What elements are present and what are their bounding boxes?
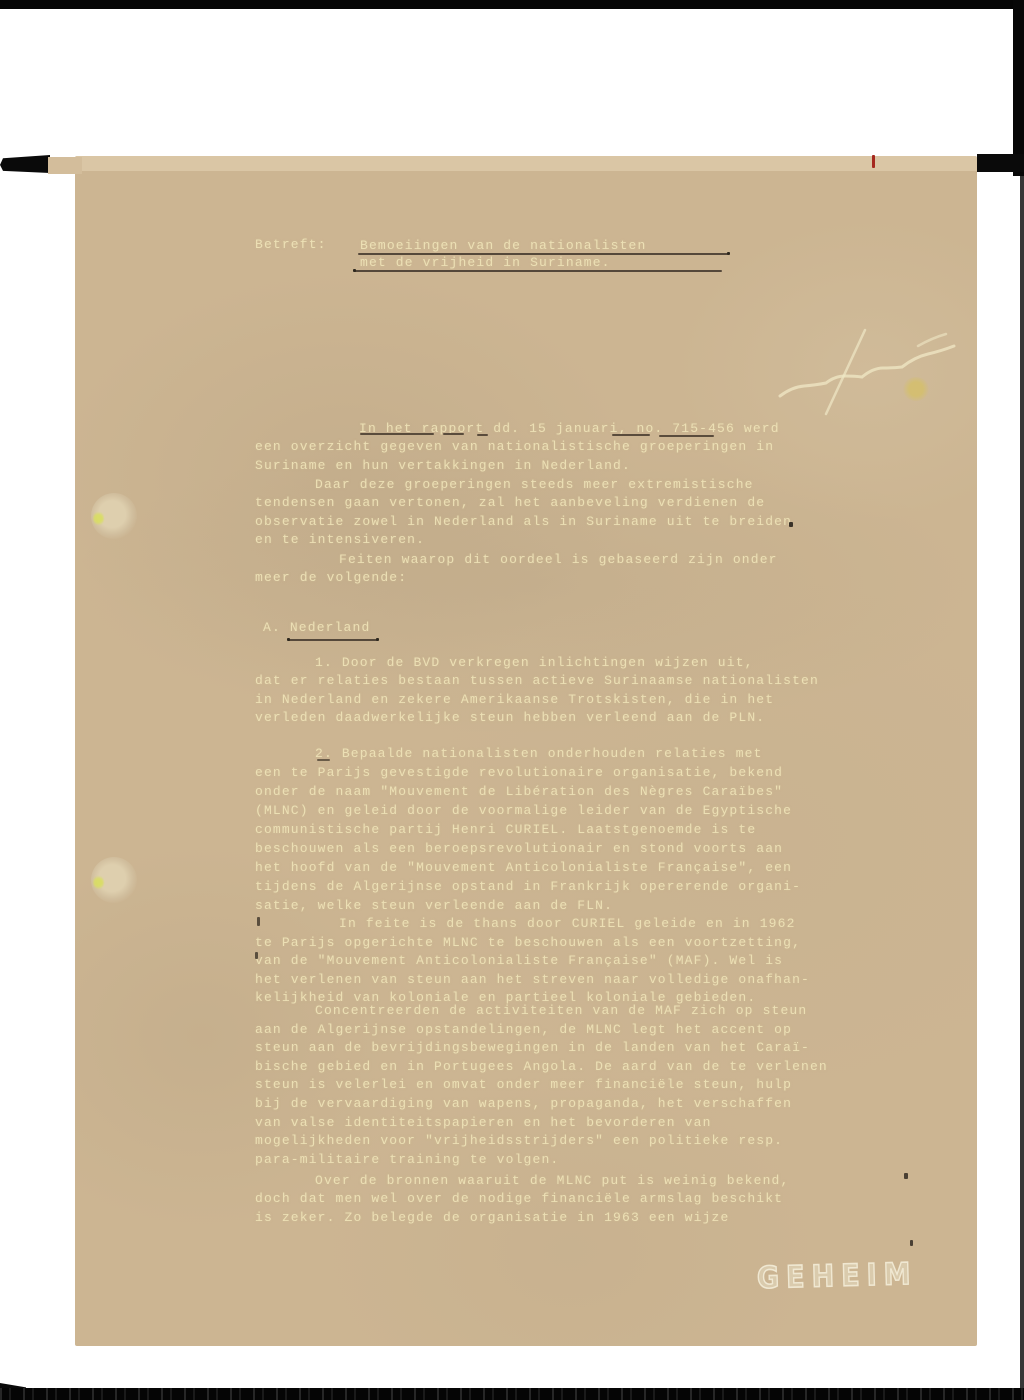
handwritten-annotation <box>768 308 980 426</box>
underline-mark <box>443 433 464 435</box>
scan-speck <box>353 269 356 272</box>
text-line: satie, welke steun verleende aan de FLN. <box>255 896 801 915</box>
text-line: het hoofd van de "Mouvement Anticolonial… <box>255 858 801 877</box>
text-line: meer de volgende: <box>255 569 778 587</box>
text-line: beschouwen als een beroepsrevolutionair … <box>255 839 801 858</box>
text-line: te Parijs opgerichte MLNC te beschouwen … <box>255 934 810 953</box>
text-line: Feiten waarop dit oordeel is gebaseerd z… <box>255 551 778 569</box>
underline-mark <box>354 270 722 272</box>
text-line: Daar deze groeperingen steeds meer extre… <box>255 476 792 494</box>
subject-label: Betreft: <box>255 237 327 252</box>
text-line: steun aan de bevrijdingsbewegingen in de… <box>255 1039 828 1058</box>
text-line: Concentreerden de activiteiten van de MA… <box>255 1002 828 1021</box>
underline-mark <box>317 759 330 761</box>
paragraph: In het rapport dd. 15 januari, no. 715-4… <box>255 420 780 475</box>
text-line: In feite is de thans door CURIEL geleide… <box>255 915 810 934</box>
text-line: Over de bronnen waaruit de MLNC put is w… <box>255 1172 789 1190</box>
section-header: A. Nederland <box>263 620 370 635</box>
paragraph: In feite is de thans door CURIEL geleide… <box>255 915 810 1008</box>
paragraph: 1. Door de BVD verkregen inlichtingen wi… <box>255 654 819 728</box>
scan-speck <box>257 917 260 926</box>
scan-speck <box>255 952 258 959</box>
scan-speck <box>904 1173 908 1179</box>
text-line: 1. Door de BVD verkregen inlichtingen wi… <box>255 654 819 672</box>
text-line: onder de naam "Mouvement de Libération d… <box>255 782 801 801</box>
text-line: van valse identiteitspapieren en het bev… <box>255 1114 828 1133</box>
scan-speck <box>287 638 290 641</box>
geheim-stamp: GEHEIM <box>757 1257 918 1296</box>
subject-line: Bemoeiingen van de nationalisten <box>360 237 646 254</box>
scan-speck <box>872 155 875 168</box>
text-line: in Nederland en zekere Amerikaanse Trots… <box>255 691 819 709</box>
text-line: tendensen gaan vertonen, zal het aanbeve… <box>255 494 792 512</box>
paragraph: Feiten waarop dit oordeel is gebaseerd z… <box>255 551 778 588</box>
text-line: van de "Mouvement Anticolonialiste Franç… <box>255 952 810 971</box>
text-line: tijdens de Algerijnse opstand in Frankri… <box>255 877 801 896</box>
document-body: Betreft: Bemoeiingen van de nationaliste… <box>0 0 1024 1400</box>
underline-mark <box>288 639 377 641</box>
paragraph: 2. Bepaalde nationalisten onderhouden re… <box>255 744 801 915</box>
text-line: doch dat men wel over de nodige financië… <box>255 1190 789 1208</box>
underline-mark <box>612 434 650 436</box>
scan-speck <box>910 1240 913 1246</box>
yellow-stain <box>903 377 929 401</box>
text-line: dat er relaties bestaan tussen actieve S… <box>255 672 819 690</box>
text-line: en te intensiveren. <box>255 531 792 549</box>
text-line: een te Parijs gevestigde revolutionaire … <box>255 763 801 782</box>
scan-speck <box>789 522 793 527</box>
text-line: een overzicht gegeven van nationalistisc… <box>255 438 780 456</box>
text-line: communistische partij Henri CURIEL. Laat… <box>255 820 801 839</box>
scan-speck <box>376 638 379 641</box>
text-line: is zeker. Zo belegde de organisatie in 1… <box>255 1209 789 1227</box>
text-line: Suriname en hun vertakkingen in Nederlan… <box>255 457 780 475</box>
underline-mark <box>360 433 434 435</box>
text-line: bische gebied en in Portugees Angola. De… <box>255 1058 828 1077</box>
text-line: mogelijkheden voor "vrijheidsstrijders" … <box>255 1132 828 1151</box>
text-line: bij de vervaardiging van wapens, propaga… <box>255 1095 828 1114</box>
scan-speck <box>727 252 730 255</box>
text-line: aan de Algerijnse opstandelingen, de MLN… <box>255 1021 828 1040</box>
paragraph: Over de bronnen waaruit de MLNC put is w… <box>255 1172 789 1227</box>
text-line: verleden daadwerkelijke steun hebben ver… <box>255 709 819 727</box>
text-line: para-militaire training te volgen. <box>255 1151 828 1170</box>
text-line: observatie zowel in Nederland als in Sur… <box>255 513 792 531</box>
underline-mark <box>358 253 728 255</box>
text-line: 2. Bepaalde nationalisten onderhouden re… <box>255 744 801 763</box>
scanned-document-page: Betreft: Bemoeiingen van de nationaliste… <box>0 0 1024 1400</box>
underline-mark <box>659 435 714 437</box>
text-line: (MLNC) en geleid door de voormalige leid… <box>255 801 801 820</box>
paragraph: Concentreerden de activiteiten van de MA… <box>255 1002 828 1169</box>
text-line: steun is velerlei en omvat onder meer fi… <box>255 1076 828 1095</box>
paragraph: Daar deze groeperingen steeds meer extre… <box>255 476 792 550</box>
subject-line: met de vrijheid in Suriname. <box>360 254 646 271</box>
underline-mark <box>477 434 488 436</box>
text-line: het verlenen van steun aan het streven n… <box>255 971 810 990</box>
